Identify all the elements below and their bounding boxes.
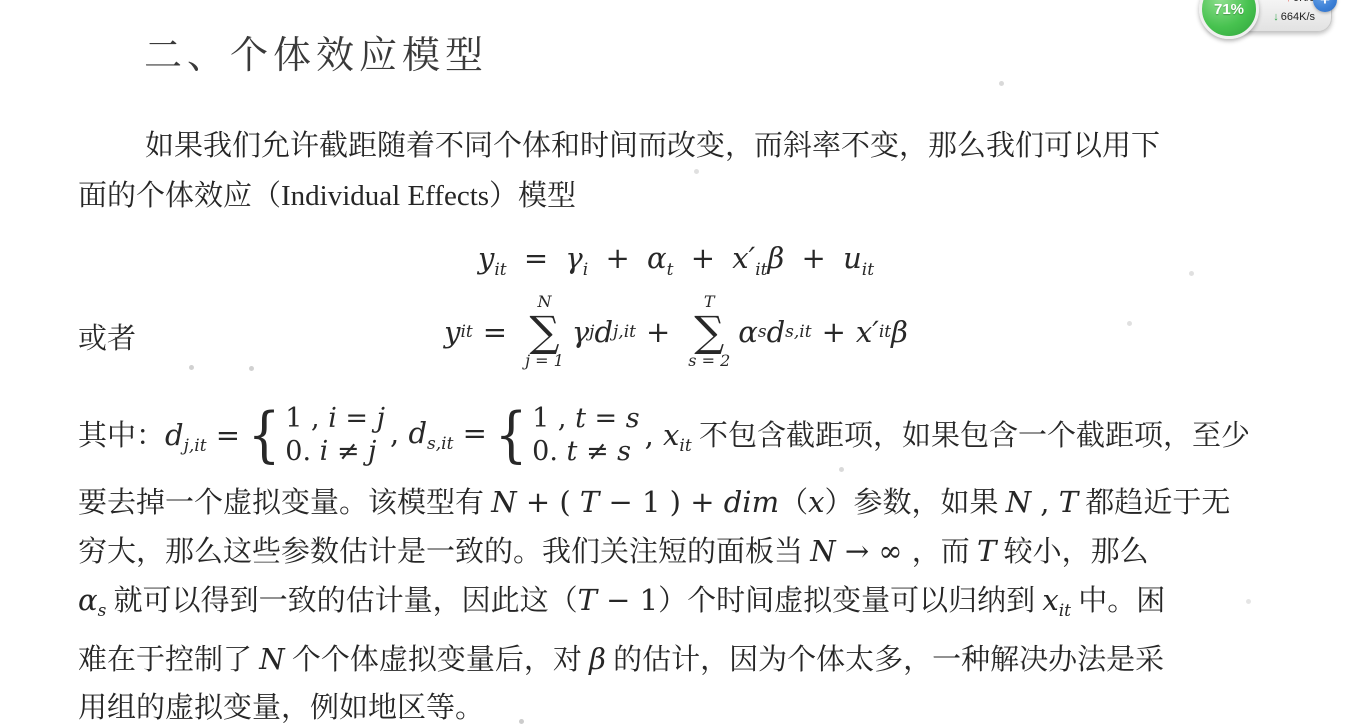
body-paragraph: 要去掉一个虚拟变量。该模型有 N + ( T − 1 ) + dim（x）参数，… [78, 478, 1274, 724]
plus-icon: + [1320, 0, 1330, 8]
where-definition-line: 其中：dj,it = { 1 , i = j 0. i ≠ j , ds,it … [78, 392, 1274, 478]
paragraph-line: 难在于控制了 N 个个体虚拟变量后，对 β 的估计，因为个体太多，一种解决办法是… [78, 635, 1274, 684]
piecewise-case-2: { 1 , t = s 0. t ≠ s [492, 402, 640, 468]
equation-1: yit = γi + αt + x′itβ + uit [78, 241, 1274, 280]
sigma-icon: ∑ [694, 311, 724, 353]
sum-lower-limit: j = 1 [525, 353, 564, 370]
equation-2-row: 或者 yit = N ∑ j = 1 γjdj,it + T ∑ s = 2 α… [78, 284, 1274, 380]
where-prefix: 其中：dj,it = [78, 413, 240, 456]
math-var: α [647, 241, 667, 275]
percent-badge[interactable]: 71% [1199, 0, 1259, 39]
math-var: β [768, 241, 785, 275]
math-op: = [524, 241, 548, 275]
math-var: d [767, 315, 786, 349]
paragraph-line: 如果我们允许截距随着不同个体和时间而改变，而斜率不变，那么我们可以用下 [78, 121, 1274, 171]
intro-paragraph: 如果我们允许截距随着不同个体和时间而改变，而斜率不变，那么我们可以用下 面的个体… [78, 121, 1274, 221]
where-tail: , xit 不包含截距项，如果包含一个截距项，至少 [645, 413, 1250, 456]
paragraph-line: αs 就可以得到一致的估计量，因此这（T − 1）个时间虚拟变量可以归纳到 xi… [78, 576, 1274, 635]
math-sub: it [461, 322, 473, 342]
download-arrow-icon: ↓ [1273, 11, 1279, 23]
upload-rate-row: ↑ 0K/s [1261, 0, 1315, 7]
math-var: d [594, 315, 613, 349]
paragraph-line: 要去掉一个虚拟变量。该模型有 N + ( T − 1 ) + dim（x）参数，… [78, 478, 1274, 527]
math-sub: s [758, 322, 767, 342]
piecewise-case-1: { 1 , i = j 0. i ≠ j [245, 402, 385, 468]
left-brace-icon: { [248, 405, 280, 465]
math-sub: i [583, 260, 588, 280]
math-sub: it [755, 260, 767, 280]
summation-1: N ∑ j = 1 [525, 294, 564, 370]
equation-2: yit = N ∑ j = 1 γjdj,it + T ∑ s = 2 αsds… [78, 284, 1274, 380]
math-var: x′ [732, 241, 755, 275]
math-op: + [691, 241, 715, 275]
sum-lower-limit: s = 2 [688, 353, 730, 370]
case-line: 1 , i = j [285, 402, 385, 435]
scan-speckles [0, 0, 3, 3]
math-op: + [822, 315, 846, 349]
math-sub: it [862, 260, 874, 280]
upload-speed: 0K/s [1293, 0, 1315, 4]
percent-label: 71% [1214, 1, 1244, 18]
math-var: y [478, 241, 494, 275]
math-var: γ [572, 315, 589, 349]
where-middle: , ds,it = [390, 416, 487, 454]
widget-pill: 71% ↑ 0K/s ↓ 664K/s + [1206, 0, 1332, 32]
download-rate-row: ↓ 664K/s [1261, 7, 1315, 26]
math-op: + [802, 241, 826, 275]
math-var: β [891, 315, 908, 349]
math-op: = [483, 315, 507, 349]
math-var: x′ [856, 315, 879, 349]
case-line: 0. t ≠ s [532, 435, 639, 468]
download-speed: 664K/s [1281, 11, 1315, 23]
case-line: 1 , t = s [532, 402, 639, 435]
math-op: + [605, 241, 629, 275]
math-var: u [843, 241, 862, 275]
math-var: y [444, 315, 460, 349]
math-sub: s,it [785, 322, 811, 342]
net-rates: ↑ 0K/s ↓ 664K/s [1261, 0, 1315, 26]
math-sub: j,it [613, 322, 636, 342]
document-page: 二、个体效应模型 如果我们允许截距随着不同个体和时间而改变，而斜率不变，那么我们… [0, 0, 1354, 724]
math-sub: t [667, 260, 674, 280]
left-brace-icon: { [495, 405, 527, 465]
math-sub: it [879, 322, 891, 342]
math-sub: it [494, 260, 506, 280]
section-heading: 二、个体效应模型 [144, 24, 1274, 79]
math-var: γ [565, 241, 582, 275]
case-line: 0. i ≠ j [285, 435, 385, 468]
or-label: 或者 [78, 316, 136, 357]
network-monitor-widget[interactable]: 71% ↑ 0K/s ↓ 664K/s + [1182, 0, 1332, 40]
paragraph-line: 面的个体效应（Individual Effects）模型 [78, 171, 1274, 221]
sigma-icon: ∑ [529, 311, 559, 353]
summation-2: T ∑ s = 2 [688, 294, 730, 370]
math-op: + [646, 315, 670, 349]
upload-arrow-icon: ↑ [1285, 0, 1291, 4]
paragraph-line: 穷大，那么这些参数估计是一致的。我们关注短的面板当 N → ∞ ，而 T 较小，… [78, 527, 1274, 576]
math-var: α [738, 315, 758, 349]
paragraph-line: 用组的虚拟变量，例如地区等。 [78, 684, 1274, 724]
